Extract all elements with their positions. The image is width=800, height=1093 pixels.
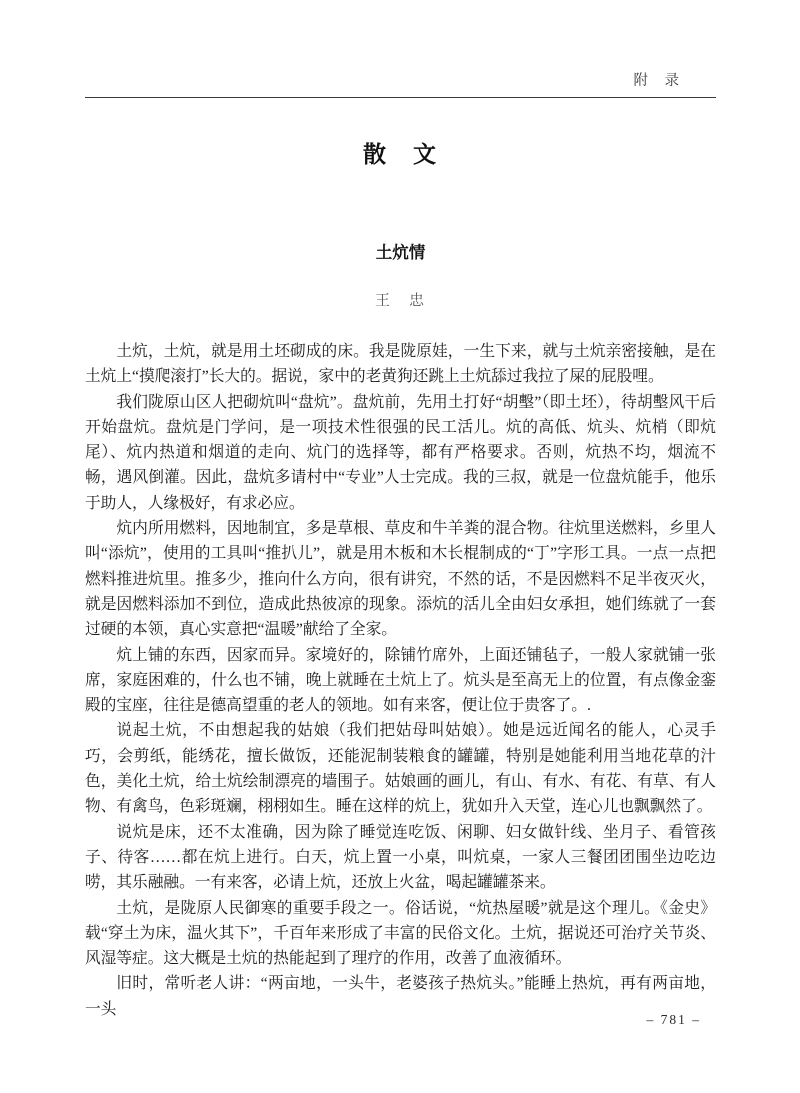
book-page: 附 录 散 文 土炕情 王 忠 土炕，土炕，就是用土坯砌成的床。我是陇原娃，一生… (0, 0, 800, 1093)
article-author: 王 忠 (85, 293, 716, 310)
header-rule (85, 97, 716, 98)
running-header: 附 录 (85, 0, 716, 90)
page-number: – 781 – (647, 1012, 702, 1028)
body-paragraph: 旧时，常听老人讲：“两亩地，一头牛，老婆孩子热炕头。”能睡上热炕，再有两亩地，一… (85, 971, 716, 1022)
article-title: 土炕情 (85, 244, 716, 262)
article-body: 土炕，土炕，就是用土坯砌成的床。我是陇原娃，一生下来，就与土炕亲密接触，是在土炕… (85, 339, 716, 1022)
body-paragraph: 炕内所用燃料，因地制宜，多是草根、草皮和牛羊粪的混合物。往炕里送燃料，乡里人叫“… (85, 516, 716, 642)
body-paragraph: 说炕是床，还不太准确，因为除了睡觉连吃饭、闲聊、妇女做针线、坐月子、看管孩子、待… (85, 820, 716, 896)
body-paragraph: 我们陇原山区人把砌炕叫“盘炕”。盘炕前，先用土打好“胡墼”（即土坯），待胡墼风干… (85, 390, 716, 516)
body-paragraph: 说起土炕，不由想起我的姑娘（我们把姑母叫姑娘）。她是远近闻名的能人，心灵手巧，会… (85, 718, 716, 819)
body-paragraph: 炕上铺的东西，因家而异。家境好的，除铺竹席外，上面还铺毡子，一般人家就铺一张席，… (85, 643, 716, 719)
section-title: 散 文 (85, 142, 716, 168)
body-paragraph: 土炕，土炕，就是用土坯砌成的床。我是陇原娃，一生下来，就与土炕亲密接触，是在土炕… (85, 339, 716, 390)
body-paragraph: 土炕，是陇原人民御寒的重要手段之一。俗话说，“炕热屋暖”就是这个理儿。《金史》载… (85, 896, 716, 972)
